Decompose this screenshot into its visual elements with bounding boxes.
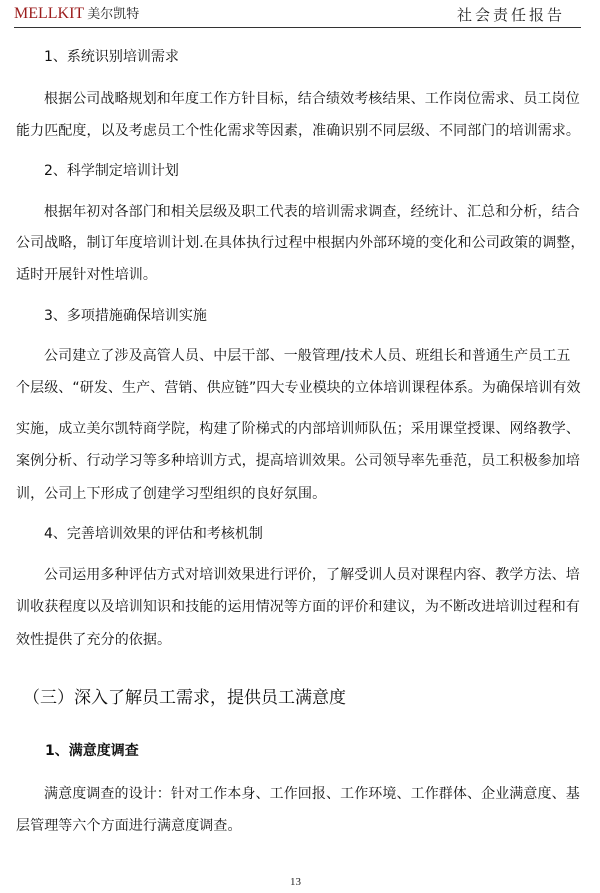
paragraph-line: 个层级、“研发、生产、营销、供应链”四大专业模块的立体培训课程体系。为确保培训有… bbox=[16, 379, 580, 397]
paragraph-line: 效性提供了充分的依据。 bbox=[16, 631, 580, 649]
sub-section-title: 1、满意度调查 bbox=[45, 742, 139, 760]
paragraph-line: 公司建立了涉及高管人员、中层干部、一般管理/技术人员、班组长和普通生产员工五 bbox=[44, 347, 600, 365]
page-header: MELLKIT美尔凯特 社会责任报告 bbox=[14, 0, 581, 28]
section-title: （三）深入了解员工需求，提供员工满意度 bbox=[23, 688, 346, 708]
item-heading-4: 4、完善培训效果的评估和考核机制 bbox=[44, 525, 263, 543]
paragraph-line: 案例分析、行动学习等多种培训方式，提高培训效果。公司领导率先垂范，员工积极参加培 bbox=[16, 452, 580, 470]
paragraph-line: 层管理等六个方面进行满意度调查。 bbox=[16, 817, 580, 835]
paragraph-line: 实施，成立美尔凯特商学院，构建了阶梯式的内部培训师队伍；采用课堂授课、网络教学、 bbox=[16, 420, 580, 438]
paragraph-line: 根据公司战略规划和年度工作方针目标，结合绩效考核结果、工作岗位需求、员工岗位 bbox=[44, 90, 600, 108]
paragraph-line: 能力匹配度，以及考虑员工个性化需求等因素，准确识别不同层级、不同部门的培训需求。 bbox=[16, 122, 580, 140]
paragraph-line: 满意度调查的设计：针对工作本身、工作回报、工作环境、工作群体、企业满意度、基 bbox=[44, 785, 600, 803]
brand-latin-name: MELLKIT bbox=[14, 5, 84, 22]
paragraph-line: 公司战略，制订年度培训计划.在具体执行过程中根据内外部环境的变化和公司政策的调整… bbox=[16, 234, 580, 252]
report-title: 社会责任报告 bbox=[457, 4, 565, 25]
brand-logo: MELLKIT美尔凯特 bbox=[14, 5, 139, 23]
paragraph-line: 公司运用多种评估方式对培训效果进行评价，了解受训人员对课程内容、教学方法、培 bbox=[44, 566, 600, 584]
page-number: 13 bbox=[290, 876, 301, 888]
paragraph-line: 训收获程度以及培训知识和技能的运用情况等方面的评价和建议，为不断改进培训过程和有 bbox=[16, 598, 580, 616]
paragraph-line: 根据年初对各部门和相关层级及职工代表的培训需求调查，经统计、汇总和分析，结合 bbox=[44, 203, 600, 221]
item-heading-3: 3、多项措施确保培训实施 bbox=[44, 307, 207, 325]
item-heading-1: 1、系统识别培训需求 bbox=[44, 48, 179, 66]
paragraph-line: 训，公司上下形成了创建学习型组织的良好氛围。 bbox=[16, 485, 580, 503]
paragraph-line: 适时开展针对性培训。 bbox=[16, 266, 580, 284]
brand-chinese-name: 美尔凯特 bbox=[87, 6, 139, 21]
item-heading-2: 2、科学制定培训计划 bbox=[44, 162, 179, 180]
